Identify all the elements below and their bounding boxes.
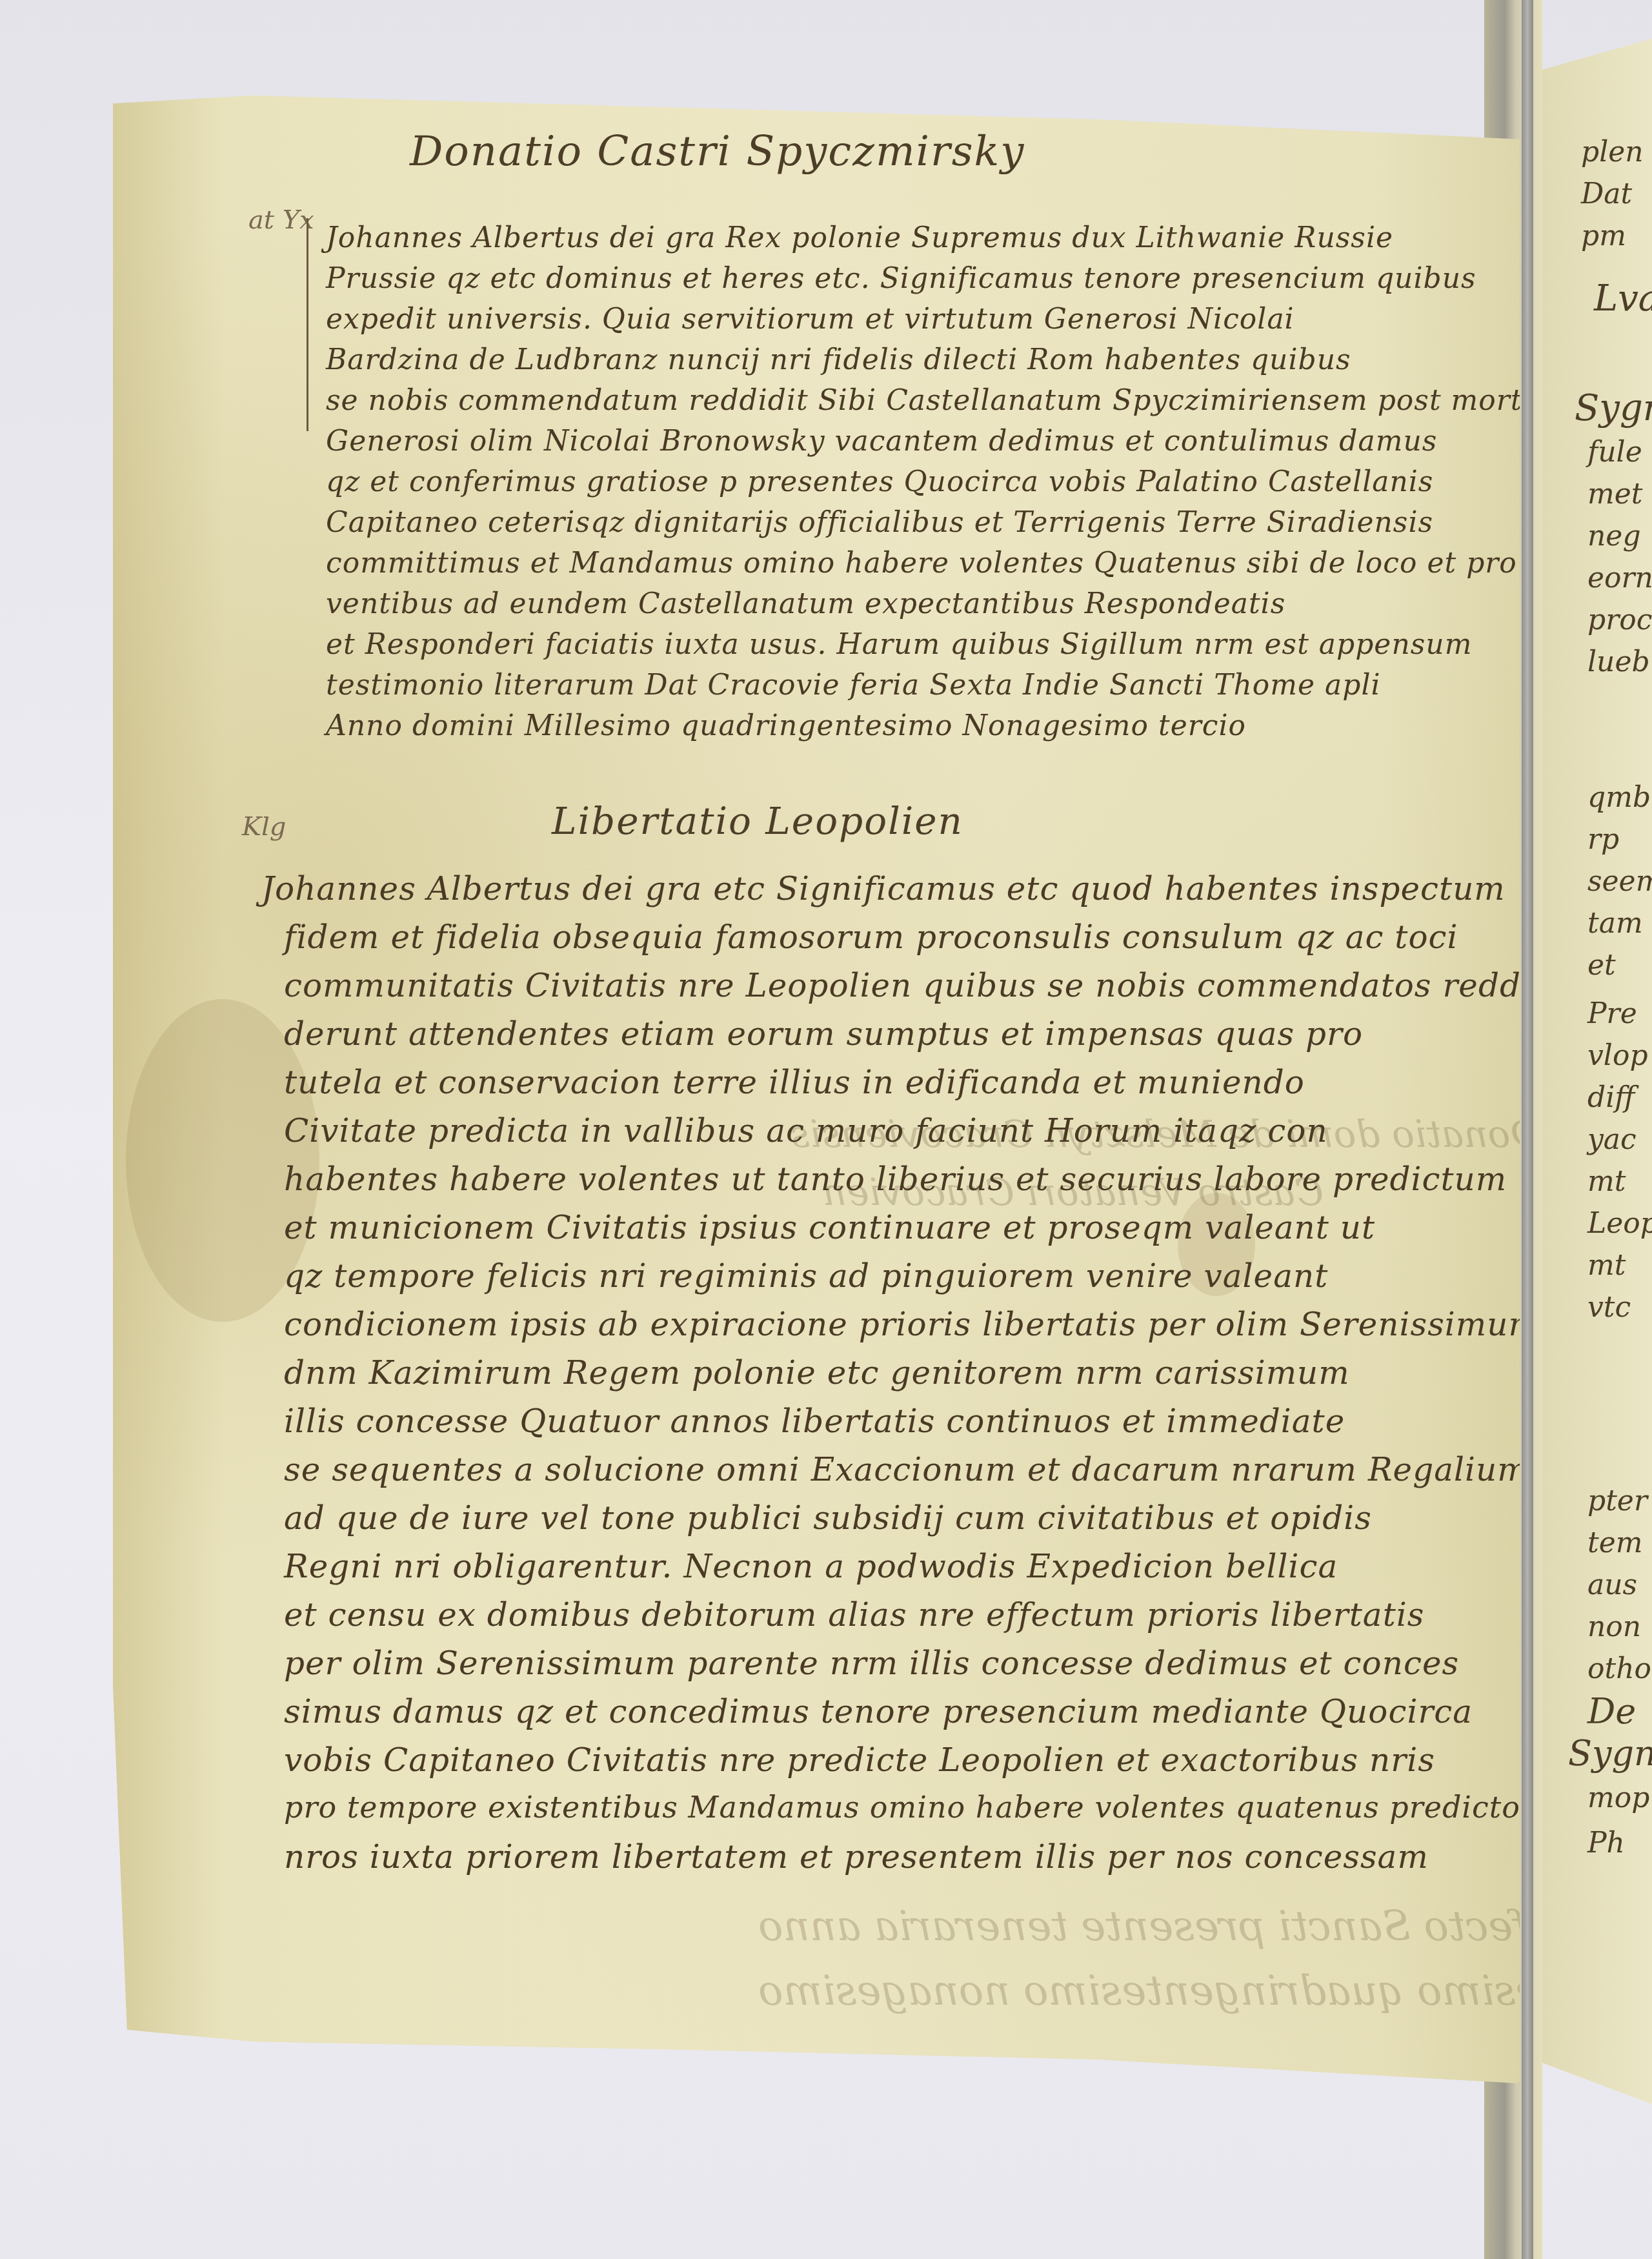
right-page-fragment: non	[1587, 1610, 1641, 1643]
right-page-fragment: mt	[1587, 1165, 1626, 1198]
right-page-fragment: pm	[1581, 219, 1626, 252]
section-heading-donatio: Donatio Castri Spyczmirsky	[410, 128, 1025, 176]
text-line: testimonio literarum Dat Cracovie feria …	[326, 669, 1381, 702]
text-line: condicionem ipsis ab expiracione prioris…	[284, 1306, 1540, 1343]
right-page-fragment: tem	[1587, 1526, 1642, 1559]
margin-bracket	[307, 218, 308, 431]
text-line: Bardzina de Ludbranz nuncij nri fidelis …	[326, 343, 1351, 376]
right-page-fragment: fule	[1587, 436, 1642, 469]
text-line: fidem et fidelia obsequia famosorum proc…	[284, 918, 1458, 956]
right-page-fragment: aus	[1587, 1568, 1637, 1601]
right-page-fragment: Sygn	[1568, 1733, 1652, 1774]
right-page-fragment: yac	[1587, 1123, 1637, 1156]
text-line: Regni nri obligarentur. Necnon a podwodi…	[284, 1548, 1338, 1585]
text-line: dnm Kazimirum Regem polonie etc genitore…	[284, 1354, 1350, 1392]
text-line: Johannes Albertus dei gra Rex polonie Su…	[326, 221, 1393, 254]
right-page-fragment: rp	[1587, 823, 1619, 856]
right-page-fragment: Ph	[1587, 1827, 1625, 1859]
text-line: simus damus qz et concedimus tenore pres…	[284, 1693, 1473, 1730]
text-line: derunt attendentes etiam eorum sumptus e…	[284, 1015, 1363, 1053]
right-page-fragment: tam	[1587, 907, 1643, 940]
right-page-fragment: pter	[1587, 1484, 1647, 1517]
right-page-fragment: diff	[1587, 1081, 1635, 1114]
book-clamp-rod	[1522, 0, 1533, 2259]
right-page-fragment: eorn	[1587, 562, 1652, 594]
text-line: ad que de iure vel tone publici subsidij…	[284, 1499, 1372, 1537]
text-line: et censu ex domibus debitorum alias nre …	[284, 1596, 1424, 1634]
right-page-fragment: proc	[1587, 603, 1652, 636]
text-line: communitatis Civitatis nre Leopolien qui…	[284, 967, 1532, 1004]
bleed-through-text: fuit prefecto Sancti presente teneraria …	[758, 1903, 1652, 1950]
text-line: nros iuxta priorem libertatem et present…	[284, 1838, 1429, 1876]
text-line: se sequentes a solucione omni Exaccionum…	[284, 1451, 1529, 1488]
right-page-fragment: vlop	[1587, 1039, 1648, 1072]
right-page-fragment: et	[1587, 949, 1616, 982]
right-page-fragment: Leop	[1587, 1207, 1652, 1240]
right-page-fragment: lueb	[1587, 645, 1650, 678]
text-line: Johannes Albertus dei gra etc Significam…	[261, 870, 1506, 907]
right-page-fragment: qmb	[1587, 781, 1651, 814]
margin-note: at Yx	[248, 205, 314, 235]
text-line: Civitate predicta in vallibus ac muro fa…	[284, 1112, 1328, 1150]
text-line: Prussie qz etc dominus et heres etc. Sig…	[326, 262, 1476, 295]
right-page-fragment: mop	[1587, 1781, 1649, 1814]
right-page-fragment: Dat	[1581, 177, 1632, 210]
right-page-fragment: seem	[1587, 865, 1652, 898]
text-line: et municionem Civitatis ipsius continuar…	[284, 1209, 1375, 1246]
text-line: vobis Capitaneo Civitatis nre predicte L…	[284, 1741, 1435, 1779]
text-line: qz tempore felicis nri regiminis ad ping…	[284, 1257, 1328, 1295]
right-page-fragment: plen	[1581, 136, 1644, 168]
text-line: Anno domini Millesimo quadringentesimo N…	[326, 709, 1246, 742]
text-line: per olim Serenissimum parente nrm illis …	[284, 1645, 1459, 1682]
text-line: illis concesse Quatuor annos libertatis …	[284, 1403, 1345, 1440]
section-heading-libertatio: Libertatio Leopolien	[552, 799, 963, 843]
text-line: qz et conferimus gratiose p presentes Qu…	[326, 465, 1433, 498]
text-line: tutela et conservacion terre illius in e…	[284, 1064, 1305, 1101]
text-line: expedit universis. Quia servitiorum et v…	[326, 303, 1294, 336]
right-page-fragment: mt	[1587, 1249, 1626, 1282]
text-line: ventibus ad eundem Castellanatum expecta…	[326, 587, 1285, 620]
text-line: Generosi olim Nicolai Bronowsky vacantem…	[326, 425, 1437, 458]
text-line: habentes habere volentes ut tanto liberi…	[284, 1160, 1507, 1198]
right-page-fragment: met	[1587, 478, 1642, 511]
text-line: committimus et Mandamus omino habere vol…	[326, 547, 1517, 580]
text-line: et Responderi faciatis iuxta usus. Harum…	[326, 628, 1472, 661]
right-page-fragment: otho	[1587, 1652, 1651, 1685]
right-page-fragment: De	[1587, 1691, 1636, 1732]
right-page-fragment: neg	[1587, 520, 1641, 552]
right-facing-page: plen Dat pm Lva Sygm fule met neg eorn p…	[1542, 39, 1652, 2104]
text-line: se nobis commendatum reddidit Sibi Caste…	[326, 384, 1567, 417]
right-page-fragment: vtc	[1587, 1291, 1631, 1324]
bleed-through-text: domini millesimo quadringentesimo nonage…	[758, 1967, 1652, 2015]
right-page-fragment: Pre	[1587, 997, 1637, 1030]
text-line: pro tempore existentibus Mandamus omino …	[284, 1790, 1631, 1825]
margin-note: Klg	[242, 812, 286, 842]
manuscript-page: Donatio domi de Melsztyn Cracoviensis Ca…	[113, 96, 1520, 2083]
right-page-fragment: Sygm	[1575, 387, 1652, 429]
right-page-fragment: Lva	[1594, 278, 1652, 319]
text-line: Capitaneo ceterisqz dignitarijs official…	[326, 506, 1433, 539]
